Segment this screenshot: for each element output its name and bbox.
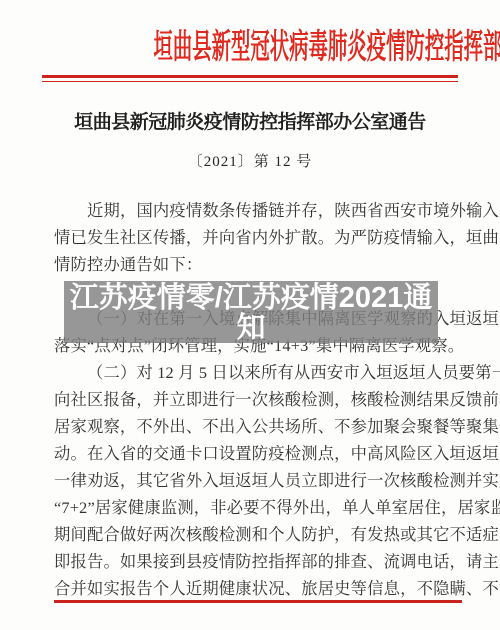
body-line: 向社区报备，并立即进行一次核酸检测，核酸检测结果反馈前必须 [54,386,450,413]
document-title: 垣曲县新冠肺炎疫情防控指挥部办公室通告 [0,108,500,138]
closing-rule [54,600,462,603]
document-number: 〔2021〕第 12 号 [0,150,500,174]
watermark-text-line-2: 知 [64,313,438,343]
body-line: 居家观察，不外出、不出入公共场所、不参加聚会聚餐等聚集性活 [54,413,450,440]
body-line: （二）对 12 月 5 日以来所有从西安市入垣返垣人员要第一时间 [54,359,450,386]
body-line: “7+2”居家健康监测，非必要不得外出，单人单室居住，居家监测 [54,494,450,521]
letterhead-rule-thick [42,75,458,78]
letterhead-banner: 垣曲县新型冠状病毒肺炎疫情防控指挥部办公室 [0,27,500,69]
notice-document: 垣曲县新型冠状病毒肺炎疫情防控指挥部办公室 垣曲县新冠肺炎疫情防控指挥部办公室通… [0,0,500,630]
body-line: 动。在入省的交通卡口设置防疫检测点，中高风险区入垣返垣人员 [54,440,450,467]
body-line: 一律劝返，其它省外入垣返垣人员立即进行一次核酸检测并实施 [54,467,450,494]
watermark-banner: 江苏疫情零/江苏疫情2021通 知 [64,281,438,343]
body-line: 合并如实报告个人近期健康状况、旅居史等信息，不隐瞒、不谎报。 [54,575,450,602]
letterhead-text: 垣曲县新型冠状病毒肺炎疫情防控指挥部办公室 [154,27,500,69]
body-line: 期间配合做好两次核酸检测和个人防护，有发热或其它不适症状立 [54,521,450,548]
document-body: 近期，国内疫情数条传播链并存，陕西省西安市境外输入关联疫 情已发生社区传播，并向… [54,197,450,602]
body-line: 情防控办通告如下： [54,251,450,278]
body-line: 近期，国内疫情数条传播链并存，陕西省西安市境外输入关联疫 [54,197,450,224]
body-line: 情已发生社区传播，并向省内外扩散。为严防疫情输入，垣曲县疫 [54,224,450,251]
body-line: 即报告。如果接到县疫情防控指挥部的排查、流调电话，请主动配 [54,548,450,575]
letterhead-rule-thin [42,81,458,82]
watermark-text-line-1: 江苏疫情零/江苏疫情2021通 [64,283,438,313]
